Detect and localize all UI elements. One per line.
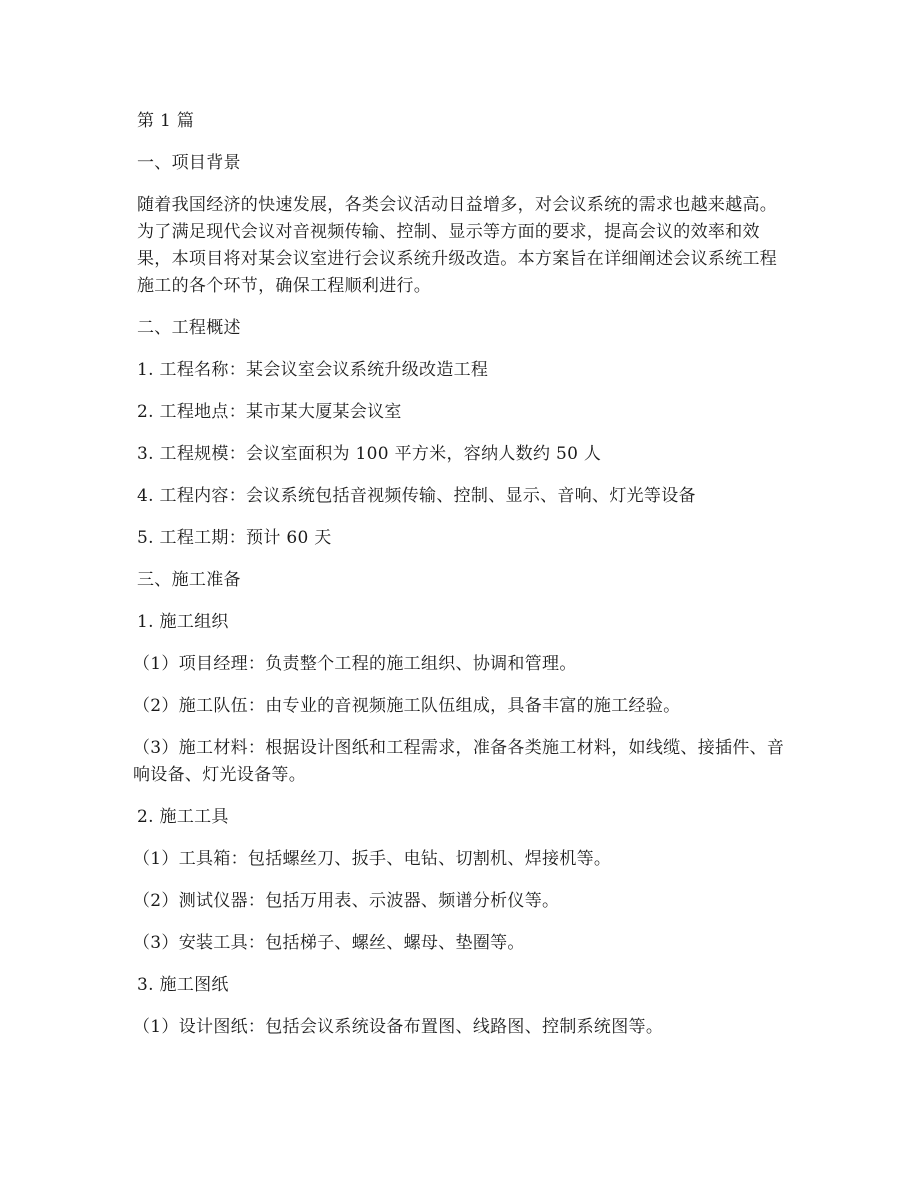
subsection-title-organization: 1. 施工组织 xyxy=(137,609,787,636)
list-item: （2）施工队伍：由专业的音视频施工队伍组成，具备丰富的施工经验。 xyxy=(133,693,787,720)
document-page: 第 1 篇 一、项目背景 随着我国经济的快速发展，各类会议活动日益增多，对会议系… xyxy=(137,108,787,1056)
list-item: （1）项目经理：负责整个工程的施工组织、协调和管理。 xyxy=(133,651,787,678)
list-item: （1）工具箱：包括螺丝刀、扳手、电钻、切割机、焊接机等。 xyxy=(133,846,787,873)
part-title: 第 1 篇 xyxy=(137,108,787,135)
subsection-title-tools: 2. 施工工具 xyxy=(137,804,787,831)
overview-item-scale: 3. 工程规模：会议室面积为 100 平方米，容纳人数约 50 人 xyxy=(137,441,787,468)
list-item: （1）设计图纸：包括会议系统设备布置图、线路图、控制系统图等。 xyxy=(133,1014,787,1041)
list-item: （3）施工材料：根据设计图纸和工程需求，准备各类施工材料，如线缆、接插件、音响设… xyxy=(133,735,787,789)
overview-item-duration: 5. 工程工期：预计 60 天 xyxy=(137,525,787,552)
section-heading-background: 一、项目背景 xyxy=(137,150,787,177)
list-item: （2）测试仪器：包括万用表、示波器、频谱分析仪等。 xyxy=(133,888,787,915)
overview-item-content: 4. 工程内容：会议系统包括音视频传输、控制、显示、音响、灯光等设备 xyxy=(137,483,787,510)
section-heading-overview: 二、工程概述 xyxy=(137,315,787,342)
overview-item-location: 2. 工程地点：某市某大厦某会议室 xyxy=(137,399,787,426)
overview-item-name: 1. 工程名称：某会议室会议系统升级改造工程 xyxy=(137,357,787,384)
section-heading-preparation: 三、施工准备 xyxy=(137,567,787,594)
subsection-title-drawings: 3. 施工图纸 xyxy=(137,972,787,999)
list-item: （3）安装工具：包括梯子、螺丝、螺母、垫圈等。 xyxy=(133,930,787,957)
background-paragraph: 随着我国经济的快速发展，各类会议活动日益增多，对会议系统的需求也越来越高。为了满… xyxy=(137,192,787,300)
